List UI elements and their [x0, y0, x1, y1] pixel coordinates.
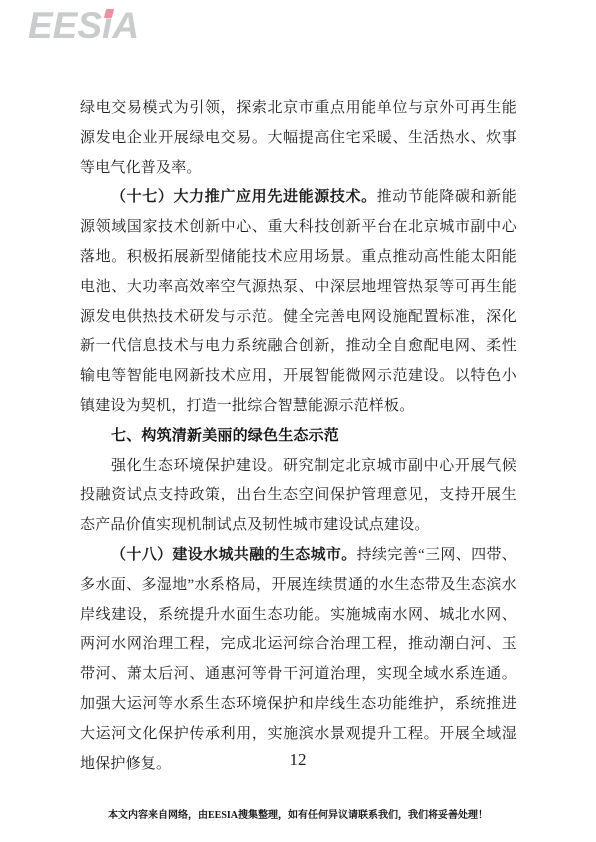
footer-disclaimer: 本文内容来自网络，由EESIA搜集整理，如有任何异议请联系我们，我们将妥善处理！: [0, 806, 596, 821]
eesia-logo: EESiA: [28, 2, 158, 50]
paragraph: 强化生态环境保护建设。研究制定北京城市副中心开展气候投融资试点支持政策，出台生态…: [80, 452, 517, 541]
paragraph-lead: （十八）建设水城共融的生态城市。: [111, 547, 357, 563]
paragraph: （十八）建设水城共融的生态城市。持续完善“三网、四带、多水面、多湿地”水系格局，…: [80, 541, 517, 779]
document-page: EESiA 绿电交易模式为引领，探索北京市重点用能单位与京外可再生能源发电企业开…: [0, 0, 596, 842]
document-body: 绿电交易模式为引领，探索北京市重点用能单位与京外可再生能源发电企业开展绿电交易。…: [80, 94, 517, 779]
paragraph: （十七）大力推广应用先进能源技术。推动节能降碳和新能源领域国家技术创新中心、重大…: [80, 183, 517, 421]
section-heading: 七、构筑清新美丽的绿色生态示范: [80, 422, 517, 452]
paragraph: 绿电交易模式为引领，探索北京市重点用能单位与京外可再生能源发电企业开展绿电交易。…: [80, 94, 517, 183]
paragraph-lead: （十七）大力推广应用先进能源技术。: [111, 189, 377, 205]
page-number: 12: [0, 750, 596, 770]
eesia-logo-text: EESiA: [28, 5, 139, 46]
